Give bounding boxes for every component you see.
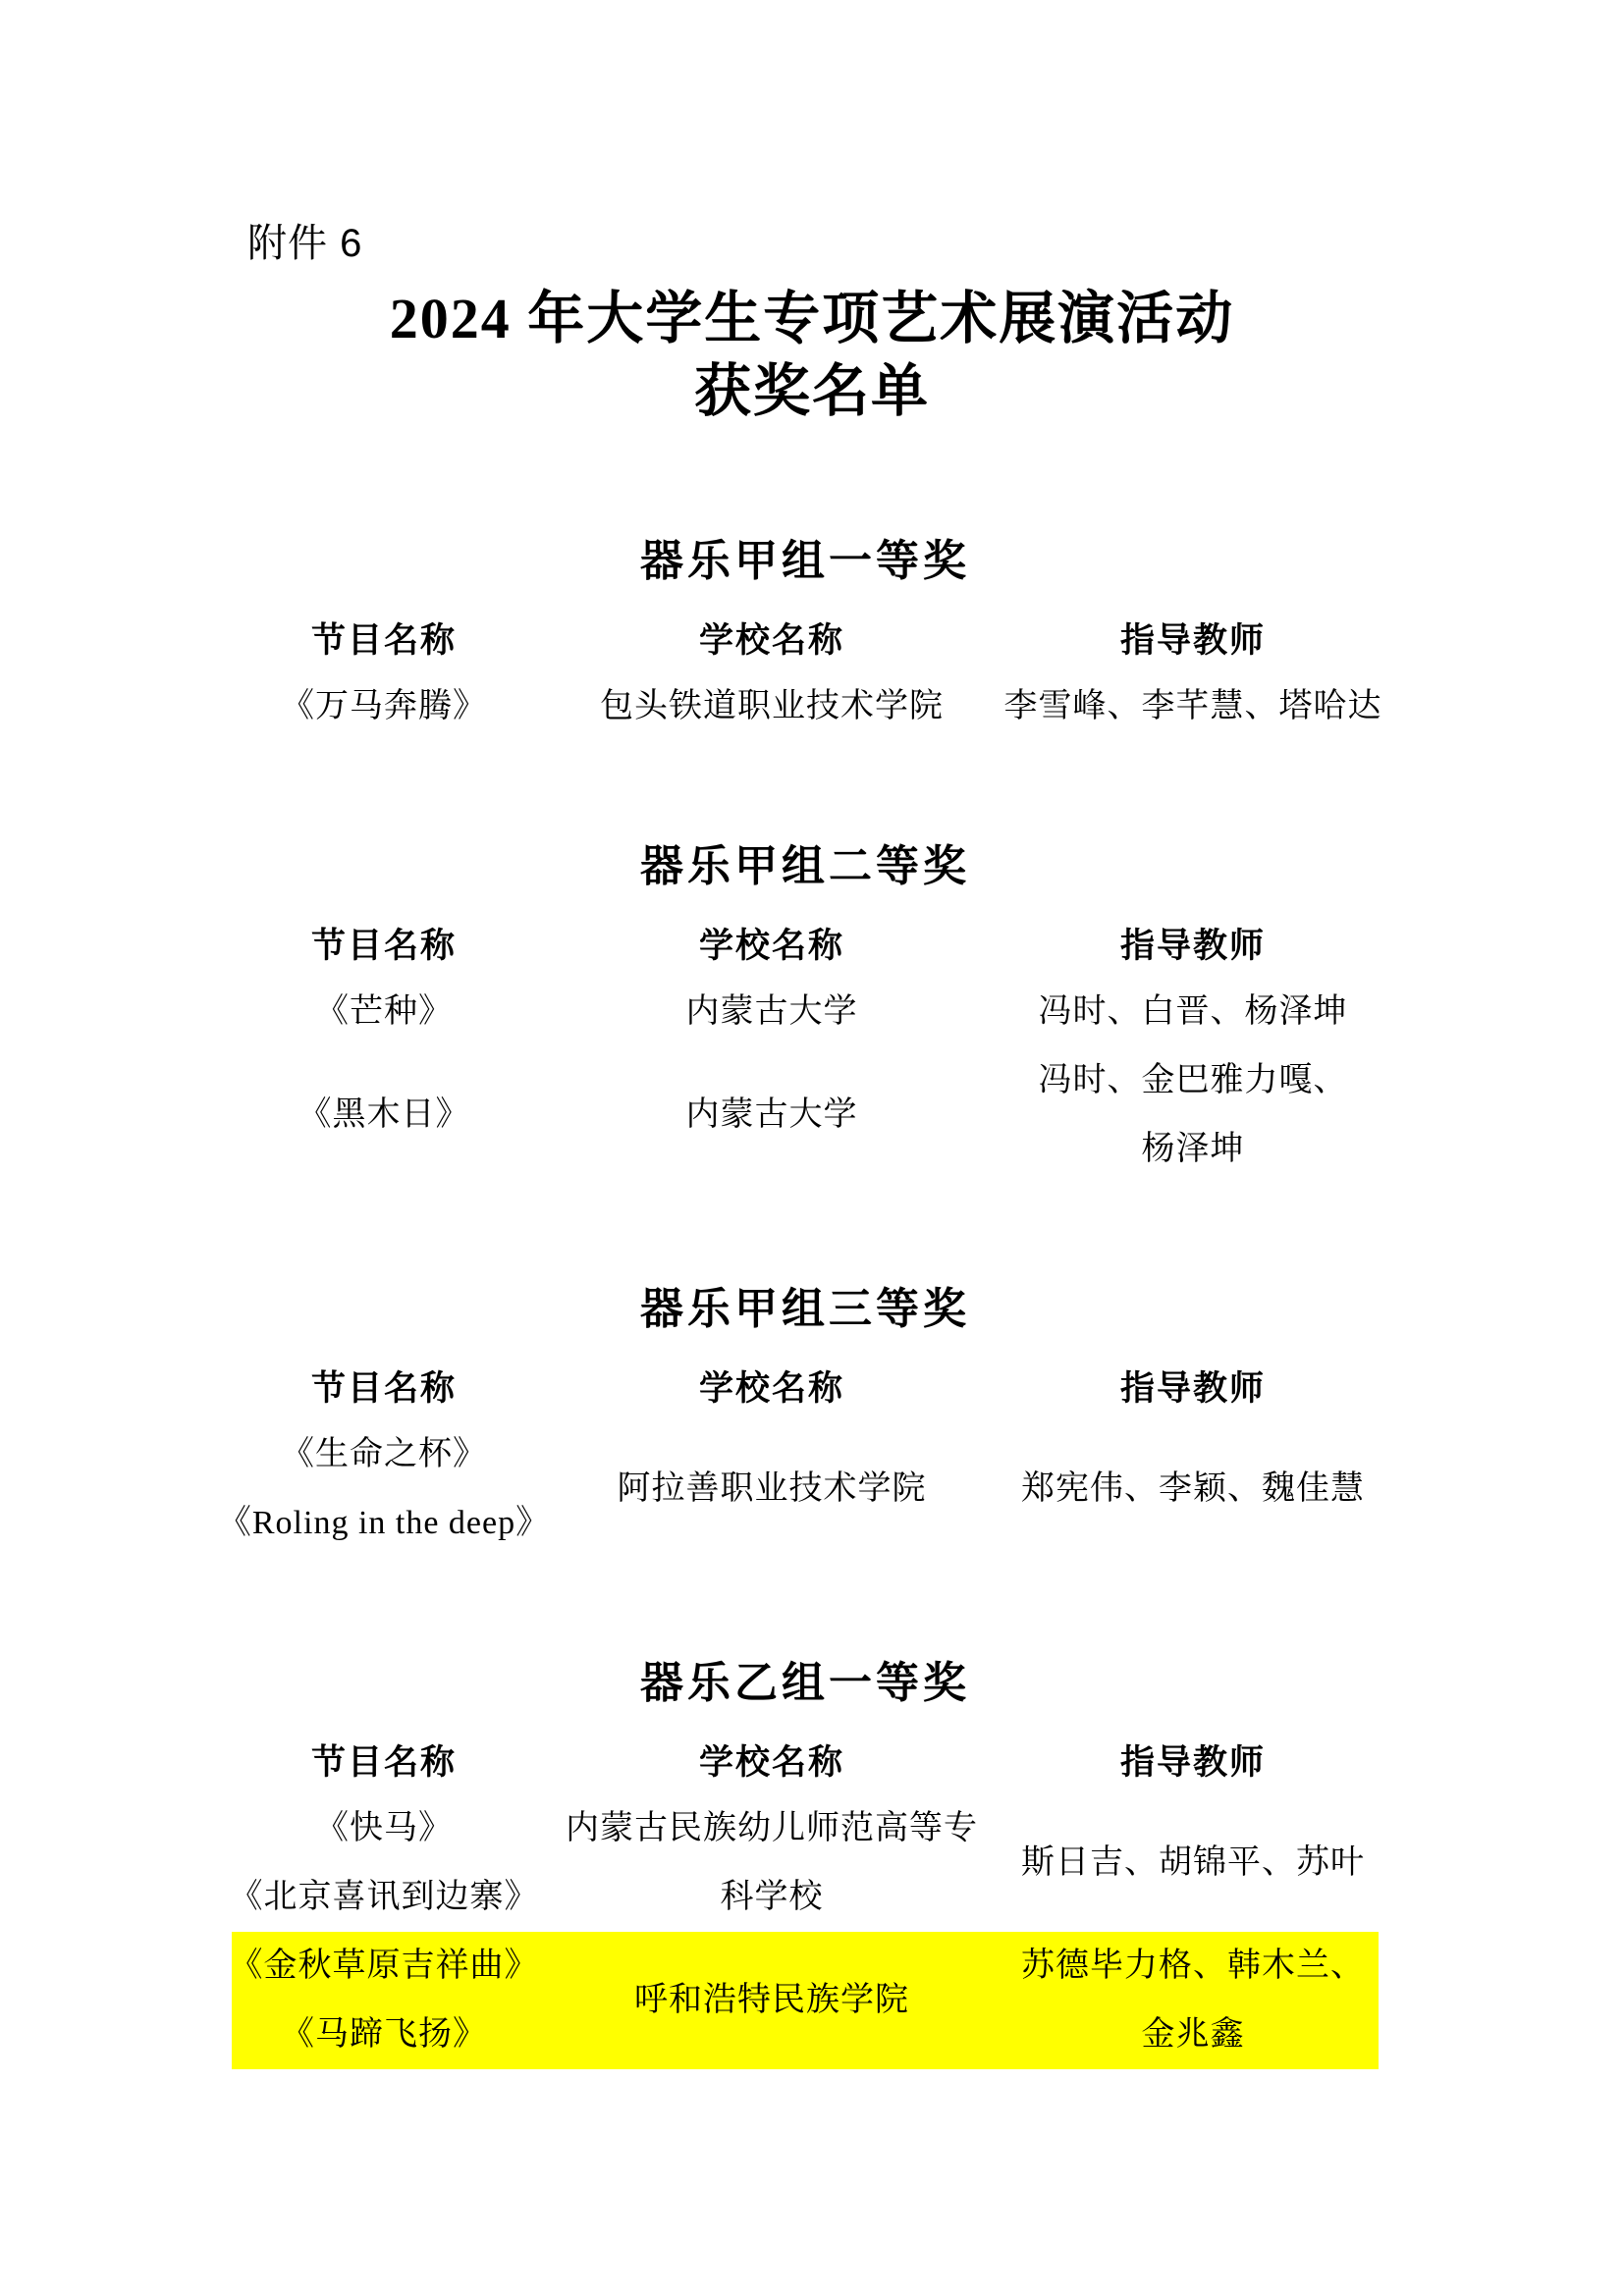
text-line: 《北京喜讯到边寨》 [230, 1863, 539, 1932]
column-header-teachers: 指导教师 [1007, 1352, 1379, 1420]
table-header-row: 节目名称 学校名称 指导教师 [232, 1352, 1379, 1420]
text-line: 冯时、白晋、杨泽坤 [1039, 978, 1348, 1046]
text-line: 斯日吉、胡锦平、苏叶 [1021, 1829, 1365, 1897]
column-header-teachers: 指导教师 [1007, 1726, 1379, 1794]
teachers-cell: 郑宪伟、李颖、魏佳慧 [1007, 1420, 1379, 1558]
school-cell: 内蒙古大学 [536, 1046, 1007, 1184]
text-line: 《金秋草原吉祥曲》 [230, 1932, 539, 2001]
text-line: 冯时、金巴雅力嘎、 [1039, 1046, 1348, 1115]
column-header-teachers: 指导教师 [1007, 604, 1379, 672]
school-cell: 阿拉善职业技术学院 [536, 1420, 1007, 1558]
program-cell: 《黑木日》 [232, 1046, 536, 1184]
text-line: 内蒙古民族幼儿师范高等专 [566, 1794, 978, 1863]
school-cell: 呼和浩特民族学院 [536, 1932, 1007, 2069]
table-row: 《万马奔腾》 包头铁道职业技术学院 李雪峰、李芊慧、塔哈达 [232, 672, 1379, 741]
document-title-line1: 2024 年大学生专项艺术展演活动 [0, 283, 1624, 355]
text-line: 郑宪伟、李颖、魏佳慧 [1021, 1455, 1365, 1523]
text-line: 包头铁道职业技术学院 [600, 672, 944, 741]
table-header-row: 节目名称 学校名称 指导教师 [232, 1726, 1379, 1794]
teachers-cell: 斯日吉、胡锦平、苏叶 [1007, 1794, 1379, 1932]
column-header-teachers: 指导教师 [1007, 909, 1379, 978]
column-header-school: 学校名称 [536, 1352, 1007, 1420]
teachers-cell: 冯时、金巴雅力嘎、杨泽坤 [1007, 1046, 1379, 1184]
column-header-school: 学校名称 [536, 909, 1007, 978]
section-heading: 器乐甲组一等奖 [232, 534, 1379, 589]
program-cell: 《生命之杯》《Roling in the deep》 [232, 1420, 536, 1558]
award-section: 器乐甲组一等奖 节目名称 学校名称 指导教师 《万马奔腾》 包头铁道职业技术学院… [232, 534, 1379, 741]
text-line: 《Roling in the deep》 [218, 1489, 550, 1558]
school-cell: 内蒙古民族幼儿师范高等专科学校 [536, 1794, 1007, 1932]
table-row: 《芒种》 内蒙古大学 冯时、白晋、杨泽坤 [232, 978, 1379, 1046]
award-section: 器乐甲组二等奖 节目名称 学校名称 指导教师 《芒种》 内蒙古大学 冯时、白晋、… [232, 839, 1379, 1184]
column-header-program: 节目名称 [232, 909, 536, 978]
text-line: 金兆鑫 [1142, 2001, 1245, 2069]
document-title: 2024 年大学生专项艺术展演活动 获奖名单 [0, 283, 1624, 428]
teachers-cell: 冯时、白晋、杨泽坤 [1007, 978, 1379, 1046]
school-cell: 包头铁道职业技术学院 [536, 672, 1007, 741]
text-line: 《生命之杯》 [281, 1420, 487, 1489]
section-heading: 器乐甲组二等奖 [232, 839, 1379, 894]
table-header-row: 节目名称 学校名称 指导教师 [232, 909, 1379, 978]
column-header-program: 节目名称 [232, 604, 536, 672]
table-row: 《生命之杯》《Roling in the deep》 阿拉善职业技术学院 郑宪伟… [232, 1420, 1379, 1558]
text-line: 杨泽坤 [1142, 1115, 1245, 1184]
table-header-row: 节目名称 学校名称 指导教师 [232, 604, 1379, 672]
table-row: 《黑木日》 内蒙古大学 冯时、金巴雅力嘎、杨泽坤 [232, 1046, 1379, 1184]
column-header-school: 学校名称 [536, 1726, 1007, 1794]
document-title-line2: 获奖名单 [0, 355, 1624, 428]
text-line: 呼和浩特民族学院 [634, 1966, 909, 2035]
text-line: 阿拉善职业技术学院 [618, 1455, 927, 1523]
column-header-school: 学校名称 [536, 604, 1007, 672]
program-cell: 《万马奔腾》 [232, 672, 536, 741]
text-line: 内蒙古大学 [686, 978, 858, 1046]
teachers-cell: 李雪峰、李芊慧、塔哈达 [1007, 672, 1379, 741]
program-cell: 《金秋草原吉祥曲》《马蹄飞扬》 [232, 1932, 536, 2069]
text-line: 李雪峰、李芊慧、塔哈达 [1004, 672, 1382, 741]
text-line: 《马蹄飞扬》 [281, 2001, 487, 2069]
award-section: 器乐乙组一等奖 节目名称 学校名称 指导教师 《快马》《北京喜讯到边寨》 内蒙古… [232, 1656, 1379, 2069]
text-line: 《快马》 [315, 1794, 453, 1863]
table-row: 《金秋草原吉祥曲》《马蹄飞扬》 呼和浩特民族学院 苏德毕力格、韩木兰、金兆鑫 [232, 1932, 1379, 2069]
text-line: 《芒种》 [315, 978, 453, 1046]
award-section: 器乐甲组三等奖 节目名称 学校名称 指导教师 《生命之杯》《Roling in … [232, 1282, 1379, 1558]
program-cell: 《芒种》 [232, 978, 536, 1046]
school-cell: 内蒙古大学 [536, 978, 1007, 1046]
text-line: 《万马奔腾》 [281, 672, 487, 741]
section-heading: 器乐甲组三等奖 [232, 1282, 1379, 1337]
program-cell: 《快马》《北京喜讯到边寨》 [232, 1794, 536, 1932]
column-header-program: 节目名称 [232, 1726, 536, 1794]
table-row: 《快马》《北京喜讯到边寨》 内蒙古民族幼儿师范高等专科学校 斯日吉、胡锦平、苏叶 [232, 1794, 1379, 1932]
teachers-cell: 苏德毕力格、韩木兰、金兆鑫 [1007, 1932, 1379, 2069]
award-sections: 器乐甲组一等奖 节目名称 学校名称 指导教师 《万马奔腾》 包头铁道职业技术学院… [232, 534, 1379, 2167]
text-line: 苏德毕力格、韩木兰、 [1021, 1932, 1365, 2001]
section-heading: 器乐乙组一等奖 [232, 1656, 1379, 1711]
column-header-program: 节目名称 [232, 1352, 536, 1420]
text-line: 科学校 [721, 1863, 824, 1932]
document-page: 附件 6 2024 年大学生专项艺术展演活动 获奖名单 器乐甲组一等奖 节目名称… [0, 0, 1624, 2296]
text-line: 内蒙古大学 [686, 1081, 858, 1149]
text-line: 《黑木日》 [298, 1081, 470, 1149]
attachment-label: 附件 6 [247, 222, 362, 265]
